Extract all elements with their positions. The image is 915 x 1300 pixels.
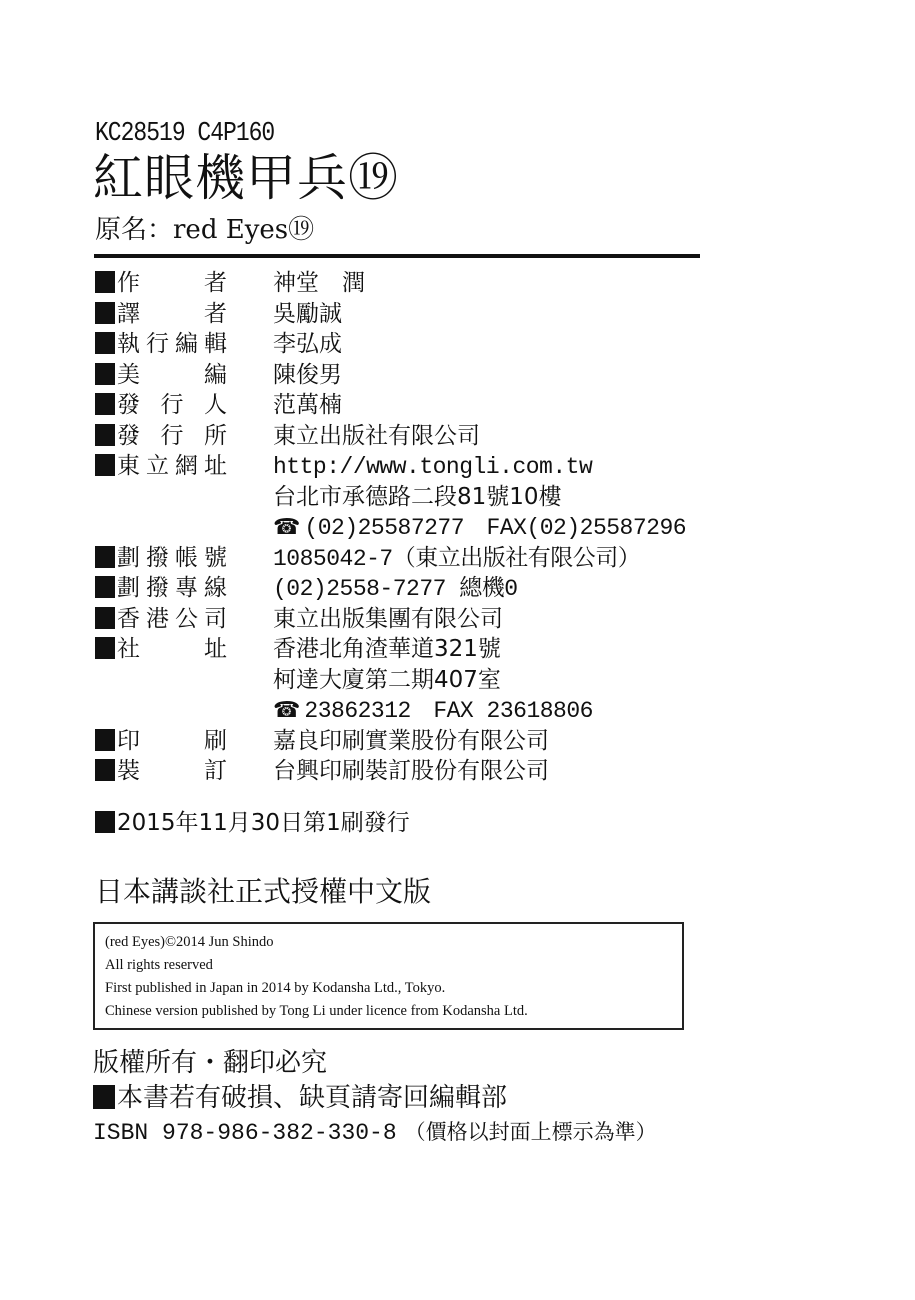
isbn: ISBN 978-986-382-330-8 (93, 1120, 397, 1146)
bullet-square-icon (95, 363, 115, 385)
credit-row: 香港公司東立出版集團有限公司 (95, 604, 117, 634)
bullet-square-icon (95, 576, 115, 598)
bullet-square-icon (95, 424, 115, 446)
credit-value: 陳俊男 (273, 360, 342, 390)
credit-value: 李弘成 (273, 329, 342, 359)
credit-row: 裝訂台興印刷裝訂股份有限公司 (95, 756, 117, 786)
copyright-box: (red Eyes)©2014 Jun Shindo All rights re… (93, 922, 684, 1030)
credit-label: 執行編輯 (117, 329, 227, 359)
credit-label: 社址 (117, 634, 227, 664)
copyright-line: All rights reserved (105, 955, 213, 975)
credit-value: 范萬楠 (273, 390, 342, 420)
credit-value: 神堂 潤 (273, 268, 365, 298)
credit-value: 東立出版社有限公司 (273, 421, 480, 451)
phone-icon: ☎ (273, 696, 300, 726)
credit-row: 執行編輯李弘成 (95, 329, 117, 359)
bullet-square-icon (95, 332, 115, 354)
credit-label: 劃撥專線 (117, 573, 227, 603)
credit-label: 譯者 (117, 299, 227, 329)
bullet-square-icon (95, 271, 115, 293)
copyright-line: Chinese version published by Tong Li und… (105, 1001, 528, 1021)
credit-label: 香港公司 (117, 604, 227, 634)
credit-row: 譯者吳勵誠 (95, 299, 117, 329)
credit-value: ☎(02)25587277 FAX(02)25587296 (273, 512, 686, 543)
publication-date: 2015年11月30日第1刷發行 (95, 808, 410, 838)
credit-value: 吳勵誠 (273, 299, 342, 329)
credit-value: 1085042-7（東立出版社有限公司） (273, 543, 640, 574)
credit-value: 柯達大廈第二期407室 (273, 665, 501, 695)
credit-value: (02)2558-7277 總機0 (273, 573, 518, 604)
authorization-statement: 日本講談社正式授權中文版 (95, 870, 431, 910)
copyright-line: First published in Japan in 2014 by Koda… (105, 978, 445, 998)
bullet-square-icon (95, 729, 115, 751)
credit-value: http://www.tongli.com.tw (273, 451, 592, 482)
credit-row: 劃撥帳號1085042-7（東立出版社有限公司） (95, 543, 117, 573)
bullet-square-icon (95, 607, 115, 629)
credit-value: 台北市承德路二段81號10樓 (273, 482, 562, 512)
credit-row: 社址香港北角渣華道321號 (95, 634, 117, 664)
credit-row: 美編陳俊男 (95, 360, 117, 390)
credit-row: 東立網址http://www.tongli.com.tw (95, 451, 117, 481)
phone-icon: ☎ (273, 513, 300, 543)
bullet-square-icon (95, 302, 115, 324)
catalog-code: KC28519 C4P160 (95, 118, 274, 148)
isbn-line: ISBN 978-986-382-330-8（價格以封面上標示為準） (93, 1116, 657, 1146)
credit-label: 劃撥帳號 (117, 543, 227, 573)
credit-row: 作者神堂 潤 (95, 268, 117, 298)
credit-label: 美編 (117, 360, 227, 390)
credit-row: 發行人范萬楠 (95, 390, 117, 420)
bullet-square-icon (93, 1085, 115, 1109)
damage-notice: 本書若有破損、缺頁請寄回編輯部 (93, 1077, 507, 1114)
bullet-square-icon (95, 637, 115, 659)
credit-label: 東立網址 (117, 451, 227, 481)
credit-value: 香港北角渣華道321號 (273, 634, 501, 664)
credit-label: 印刷 (117, 726, 227, 756)
rights-notice: 版權所有・翻印必究 (93, 1042, 327, 1079)
bullet-square-icon (95, 811, 115, 833)
original-title: 原名：red Eyes⑲ (95, 214, 314, 246)
book-title: 紅眼機甲兵⑲ (93, 148, 399, 208)
credit-row: 印刷嘉良印刷實業股份有限公司 (95, 726, 117, 756)
bullet-square-icon (95, 393, 115, 415)
bullet-square-icon (95, 546, 115, 568)
credit-value: 東立出版集團有限公司 (273, 604, 503, 634)
copyright-line: (red Eyes)©2014 Jun Shindo (105, 932, 274, 952)
credit-value: ☎23862312 FAX 23618806 (273, 695, 593, 726)
credit-row: 發行所東立出版社有限公司 (95, 421, 117, 451)
bullet-square-icon (95, 454, 115, 476)
credit-label: 作者 (117, 268, 227, 298)
credit-label: 裝訂 (117, 756, 227, 786)
credit-value: 台興印刷裝訂股份有限公司 (273, 756, 549, 786)
header-divider (94, 254, 700, 258)
credit-label: 發行人 (117, 390, 227, 420)
credit-row: 劃撥專線(02)2558-7277 總機0 (95, 573, 117, 603)
bullet-square-icon (95, 759, 115, 781)
price-note: （價格以封面上標示為準） (405, 1120, 657, 1144)
credit-value: 嘉良印刷實業股份有限公司 (273, 726, 549, 756)
credit-label: 發行所 (117, 421, 227, 451)
